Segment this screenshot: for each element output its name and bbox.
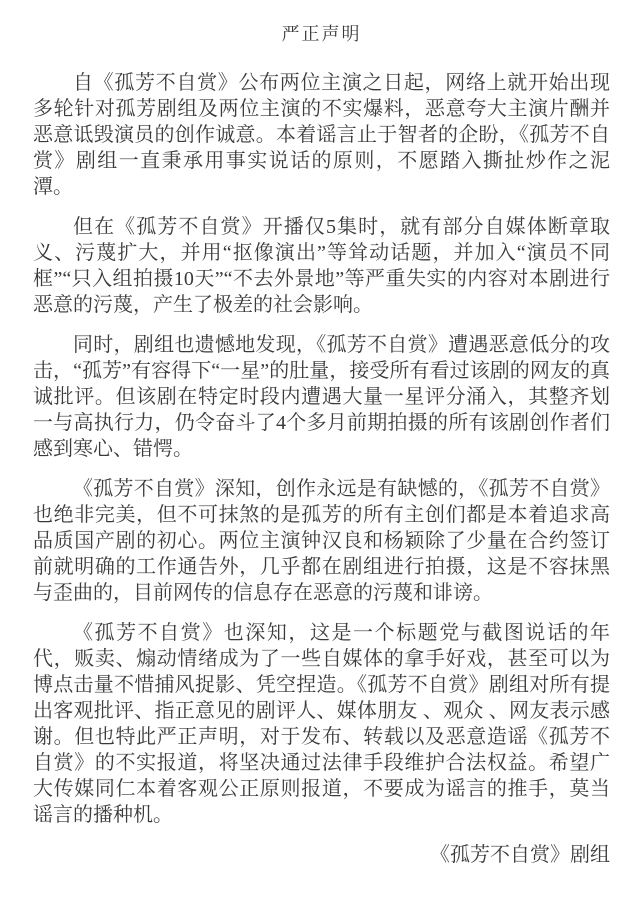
signature: 《孤芳不自赏》剧组 bbox=[33, 842, 610, 868]
statement-document: 严正声明 自《孤芳不自赏》公布两位主演之日起，网络上就开始出现多轮针对孤芳剧组及… bbox=[0, 0, 640, 905]
statement-title: 严正声明 bbox=[33, 24, 610, 44]
statement-paragraph-1: 自《孤芳不自赏》公布两位主演之日起，网络上就开始出现多轮针对孤芳剧组及两位主演的… bbox=[33, 70, 610, 200]
statement-paragraph-5: 《孤芳不自赏》也深知，这是一个标题党与截图说话的年代，贩卖、煽动情绪成为了一些自… bbox=[33, 620, 610, 828]
statement-paragraph-2: 但在《孤芳不自赏》开播仅5集时，就有部分自媒体断章取义、污蔑扩大，并用“抠像演出… bbox=[33, 214, 610, 318]
statement-paragraph-3: 同时，剧组也遗憾地发现，《孤芳不自赏》遭遇恶意低分的攻击，“孤芳”有容得下“一星… bbox=[33, 332, 610, 462]
statement-paragraph-4: 《孤芳不自赏》深知，创作永远是有缺憾的，《孤芳不自赏》也绝非完美，但不可抹煞的是… bbox=[33, 476, 610, 606]
